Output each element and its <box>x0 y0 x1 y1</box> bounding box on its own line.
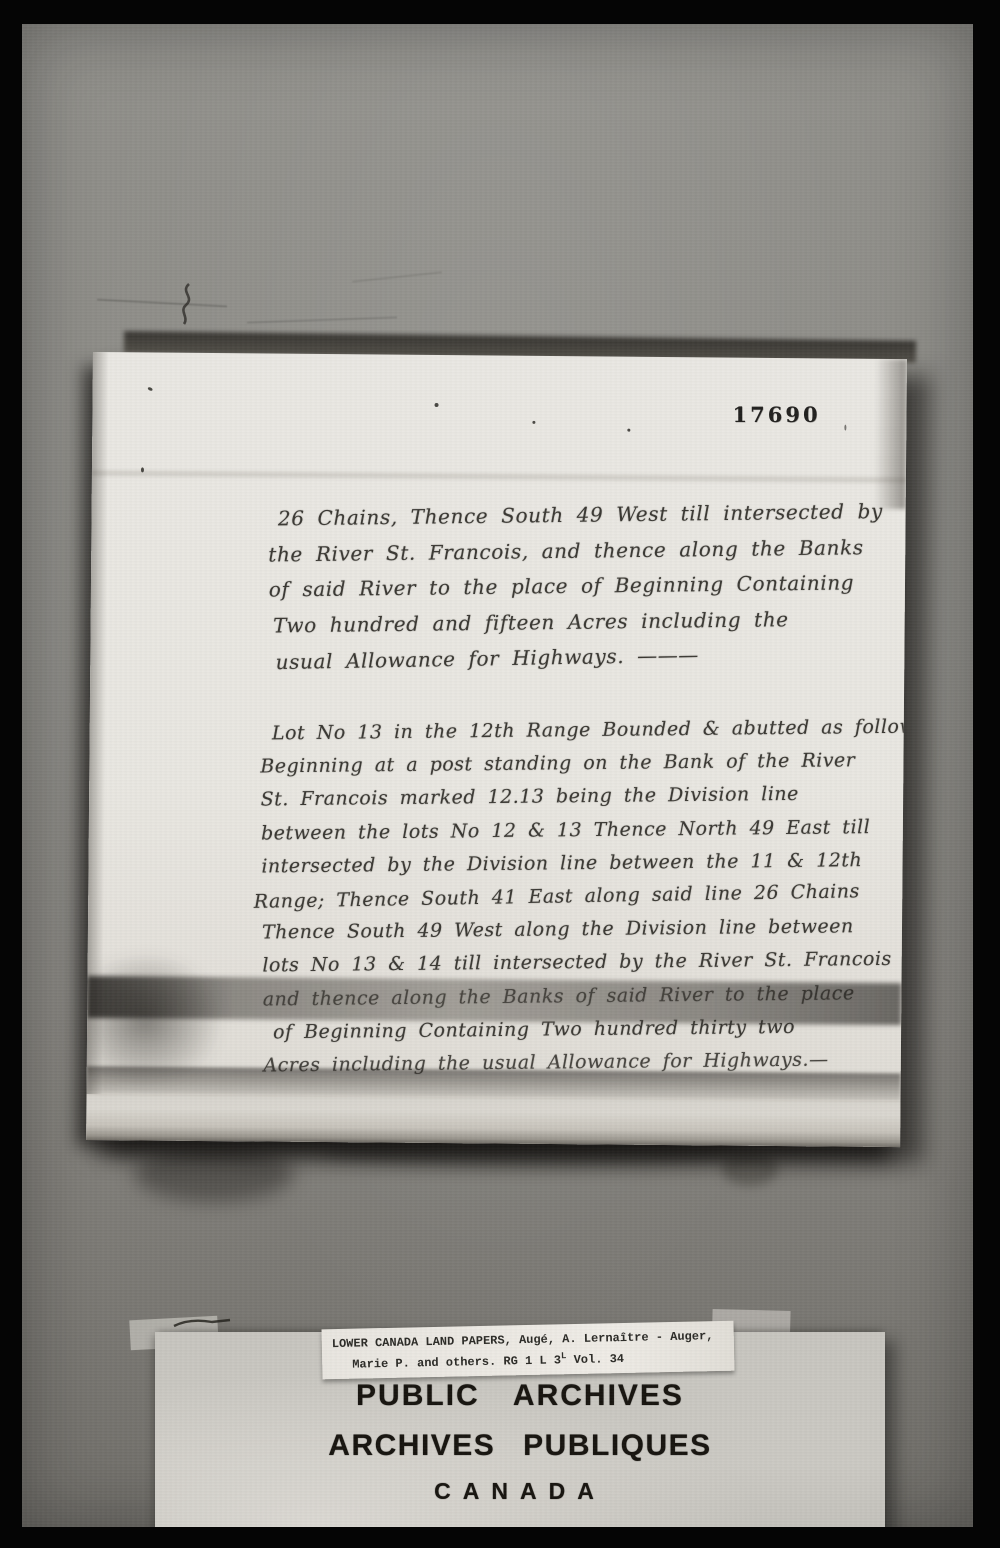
rolled-paper-edge <box>86 1094 900 1147</box>
ink-speck <box>435 403 439 407</box>
ink-speck <box>627 429 630 432</box>
handwriting-paragraph-1: 26 Chains, Thence South 49 West till int… <box>268 494 900 679</box>
archive-title-canada: CANADA <box>155 1476 885 1506</box>
archive-title-french: ARCHIVES PUBLIQUES <box>155 1426 885 1466</box>
ink-squiggle-mark <box>174 282 200 331</box>
ink-speck <box>147 387 153 392</box>
scratch-mark <box>97 299 227 308</box>
archive-title-english: PUBLIC ARCHIVES <box>155 1376 885 1416</box>
ink-speck <box>141 467 144 472</box>
paper-crease <box>92 468 906 485</box>
scratch-mark <box>352 271 442 282</box>
paper-edge-shading <box>874 359 907 509</box>
ink-smudge <box>86 950 226 1091</box>
handwritten-document-page: 17690 26 Chains, Thence South 49 West ti… <box>86 352 907 1147</box>
scratch-mark <box>247 316 397 323</box>
handwriting-paragraph-2: Lot No 13 in the 12th Range Bounded & ab… <box>260 711 907 1083</box>
ink-speck <box>532 421 535 424</box>
photograph-background: 17690 26 Chains, Thence South 49 West ti… <box>22 24 973 1527</box>
typed-reference-label: LOWER CANADA LAND PAPERS, Augé, A. Lerna… <box>322 1321 735 1380</box>
document-shadow <box>134 1146 294 1202</box>
smudge-mark <box>722 1152 778 1186</box>
ink-speck <box>844 425 846 431</box>
stamp-number: 17690 <box>732 402 820 427</box>
